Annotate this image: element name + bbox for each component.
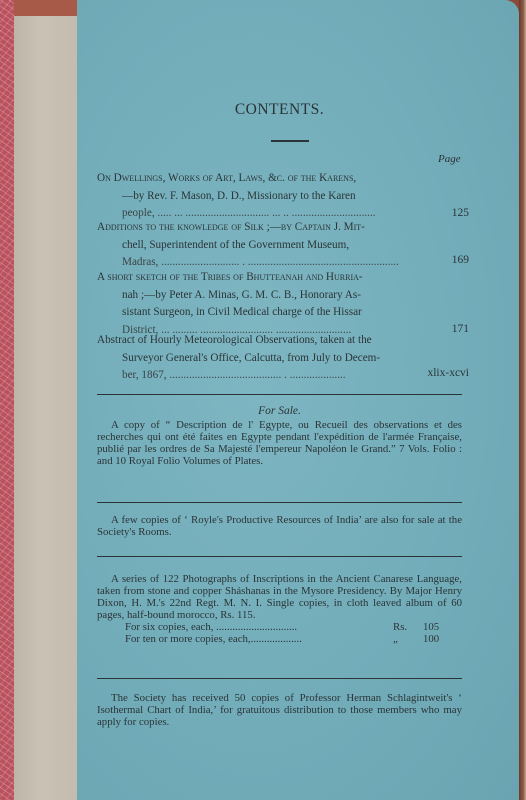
toc-entry: Additions to the knowledge of Silk ;—by … <box>97 219 462 272</box>
book-binding-strip <box>0 0 14 800</box>
toc-entry: A short sketch of the Tribes of Bhuttean… <box>97 269 462 339</box>
for-sale-heading: For Sale. <box>97 405 462 417</box>
photographs-section: A series of 122 Photographs of Inscripti… <box>97 573 462 645</box>
price-row: For six copies, each, ..................… <box>97 621 462 633</box>
for-sale-text: A copy of “ Description de l' Egypte, ou… <box>97 419 462 467</box>
title-rule <box>271 140 309 142</box>
price-amount: 100 <box>423 633 439 645</box>
toc-line: Abstract of Hourly Meteorological Observ… <box>97 332 462 350</box>
endpaper <box>14 16 77 800</box>
page-column-label: Page <box>438 153 461 165</box>
for-sale-section: For Sale. A copy of “ Description de l' … <box>97 405 462 467</box>
price-currency: „ <box>393 633 398 645</box>
contents-title: CONTENTS. <box>97 101 462 119</box>
toc-line: A short sketch of the Tribes of Bhuttean… <box>97 269 462 287</box>
section-divider <box>97 394 462 395</box>
toc-line: sistant Surgeon, in Civil Medical charge… <box>97 304 462 322</box>
blue-cover-page <box>77 0 519 800</box>
binding-top-edge <box>14 0 78 16</box>
price-currency: Rs. <box>393 621 407 633</box>
section-divider <box>97 502 462 503</box>
section-divider <box>97 678 462 679</box>
toc-line: ber, 1867, .............................… <box>97 367 402 385</box>
price-row: For ten or more copies, each,...........… <box>97 633 462 645</box>
toc-line: nah ;—by Peter A. Minas, G. M. C. B., Ho… <box>97 287 462 305</box>
toc-page-number: xlix-xcvi <box>427 365 469 383</box>
toc-line: On Dwellings, Works of Art, Laws, &c. of… <box>97 170 462 188</box>
isothermal-notice-text: The Society has received 50 copies of Pr… <box>97 692 462 728</box>
price-label: For six copies, each, ..................… <box>125 621 297 633</box>
toc-entry: Abstract of Hourly Meteorological Observ… <box>97 332 462 385</box>
royle-notice-text: A few copies of ‘ Royle's Productive Res… <box>97 514 462 538</box>
price-amount: 105 <box>423 621 439 633</box>
toc-line: —by Rev. F. Mason, D. D., Missionary to … <box>97 188 462 206</box>
toc-line: Additions to the knowledge of Silk ;—by … <box>97 219 462 237</box>
page-right-edge <box>519 0 526 800</box>
section-divider <box>97 556 462 557</box>
toc-page-number: 169 <box>452 252 469 270</box>
royle-notice-section: A few copies of ‘ Royle's Productive Res… <box>97 514 462 538</box>
isothermal-notice-section: The Society has received 50 copies of Pr… <box>97 692 462 728</box>
photographs-text: A series of 122 Photographs of Inscripti… <box>97 573 462 621</box>
toc-line: Surveyor General's Office, Calcutta, fro… <box>97 350 462 368</box>
price-label: For ten or more copies, each,...........… <box>125 633 302 645</box>
toc-line: chell, Superintendent of the Government … <box>97 237 462 255</box>
toc-entry: On Dwellings, Works of Art, Laws, &c. of… <box>97 170 462 223</box>
